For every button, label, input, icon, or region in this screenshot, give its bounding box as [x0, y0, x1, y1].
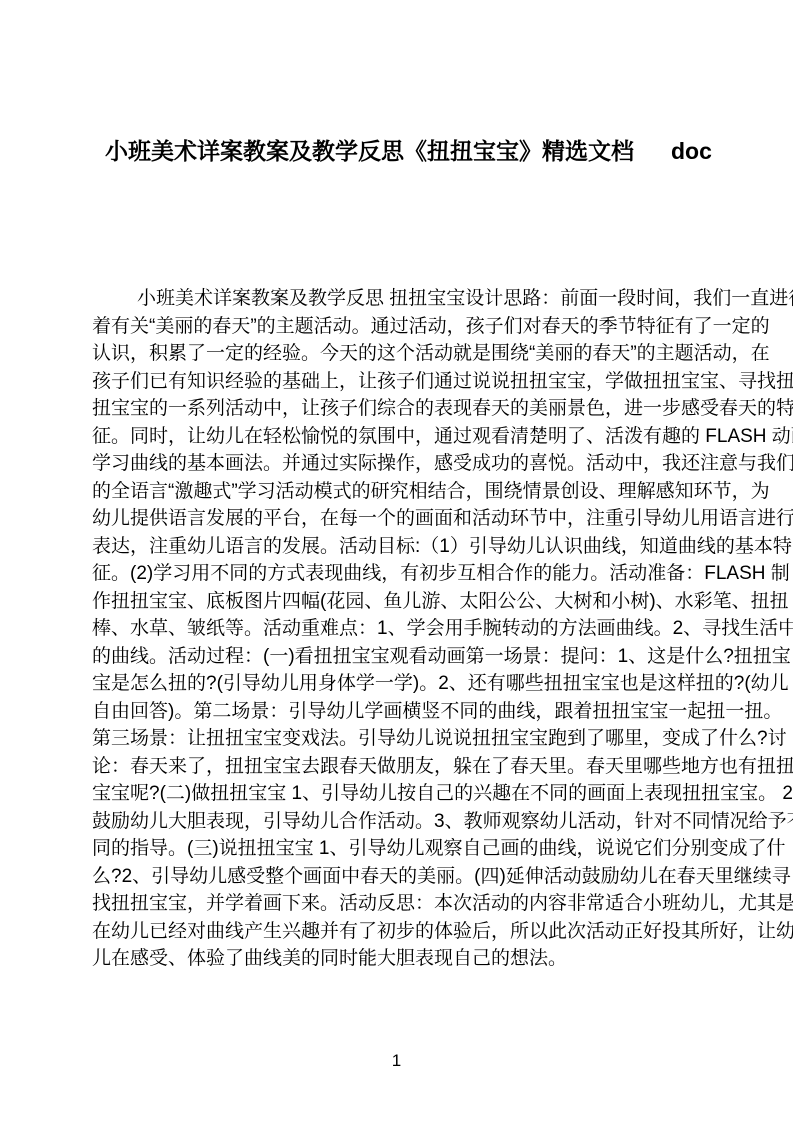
body-text-line: 宝是怎么扭的?(引导幼儿用身体学一学)。2、还有哪些扭扭宝宝也是这样扭的?(幼儿: [92, 670, 793, 698]
body-text-line: 么?2、引导幼儿感受整个画面中春天的美丽。(四)延伸活动鼓励幼儿在春天里继续寻: [92, 863, 793, 891]
page-number: 1: [0, 1051, 793, 1071]
body-text-line: 儿在感受、体验了曲线美的同时能大胆表现自己的想法。: [92, 945, 793, 973]
body-text-line: 孩子们已有知识经验的基础上，让孩子们通过说说扭扭宝宝，学做扭扭宝宝、寻找扭: [92, 368, 793, 396]
document-title: 小班美术详案教案及教学反思《扭扭宝宝》精选文档doc: [105, 133, 712, 166]
body-text-line: 棒、水草、皱纸等。活动重难点：1、学会用手腕转动的方法画曲线。2、寻找生活中: [92, 615, 793, 643]
body-text-line: 着有关“美丽的春天”的主题活动。通过活动，孩子们对春天的季节特征有了一定的: [92, 313, 793, 341]
body-text-line: 认识，积累了一定的经验。今天的这个活动就是围绕“美丽的春天”的主题活动，在: [92, 340, 793, 368]
body-text-line: 找扭扭宝宝，并学着画下来。活动反思：本次活动的内容非常适合小班幼儿，尤其是: [92, 890, 793, 918]
body-text-line: 同的指导。(三)说扭扭宝宝 1、引导幼儿观察自己画的曲线，说说它们分别变成了什: [92, 835, 793, 863]
body-text-line: 第三场景：让扭扭宝宝变戏法。引导幼儿说说扭扭宝宝跑到了哪里，变成了什么?讨: [92, 725, 793, 753]
body-text-line: 的全语言“激趣式”学习活动模式的研究相结合，围绕情景创设、理解感知环节，为: [92, 478, 793, 506]
body-text-line: 作扭扭宝宝、底板图片四幅(花园、鱼儿游、太阳公公、大树和小树)、水彩笔、扭扭: [92, 588, 793, 616]
body-text-line: 宝宝呢?(二)做扭扭宝宝 1、引导幼儿按自己的兴趣在不同的画面上表现扭扭宝宝。 …: [92, 780, 793, 808]
document-title-text: 小班美术详案教案及教学反思《扭扭宝宝》精选文档: [105, 138, 634, 164]
body-text-line: 表达，注重幼儿语言的发展。活动目标:（1）引导幼儿认识曲线，知道曲线的基本特: [92, 533, 793, 561]
body-text-line: 论：春天来了，扭扭宝宝去跟春天做朋友，躲在了春天里。春天里哪些地方也有扭扭: [92, 753, 793, 781]
body-text-line: 小班美术详案教案及教学反思 扭扭宝宝设计思路：前面一段时间，我们一直进行: [92, 285, 793, 313]
document-page: 小班美术详案教案及教学反思《扭扭宝宝》精选文档doc 小班美术详案教案及教学反思…: [0, 0, 793, 1122]
document-body: 小班美术详案教案及教学反思 扭扭宝宝设计思路：前面一段时间，我们一直进行着有关“…: [92, 285, 793, 973]
body-text-line: 自由回答)。第二场景：引导幼儿学画横竖不同的曲线，跟着扭扭宝宝一起扭一扭。: [92, 698, 793, 726]
body-text-line: 征。(2)学习用不同的方式表现曲线，有初步互相合作的能力。活动准备：FLASH …: [92, 560, 793, 588]
document-title-suffix: doc: [671, 138, 712, 164]
body-text-line: 的曲线。活动过程：(一)看扭扭宝宝观看动画第一场景：提问：1、这是什么?扭扭宝: [92, 643, 793, 671]
body-text-line: 幼儿提供语言发展的平台，在每一个的画面和活动环节中，注重引导幼儿用语言进行: [92, 505, 793, 533]
body-text-line: 征。同时，让幼儿在轻松愉悦的氛围中，通过观看清楚明了、活泼有趣的 FLASH 动…: [92, 423, 793, 451]
body-text-line: 鼓励幼儿大胆表现，引导幼儿合作活动。3、教师观察幼儿活动，针对不同情况给予不: [92, 808, 793, 836]
body-text-line: 学习曲线的基本画法。并通过实际操作，感受成功的喜悦。活动中，我还注意与我们: [92, 450, 793, 478]
body-text-line: 在幼儿已经对曲线产生兴趣并有了初步的体验后，所以此次活动正好投其所好，让幼: [92, 918, 793, 946]
body-text-line: 扭宝宝的一系列活动中，让孩子们综合的表现春天的美丽景色，进一步感受春天的特: [92, 395, 793, 423]
